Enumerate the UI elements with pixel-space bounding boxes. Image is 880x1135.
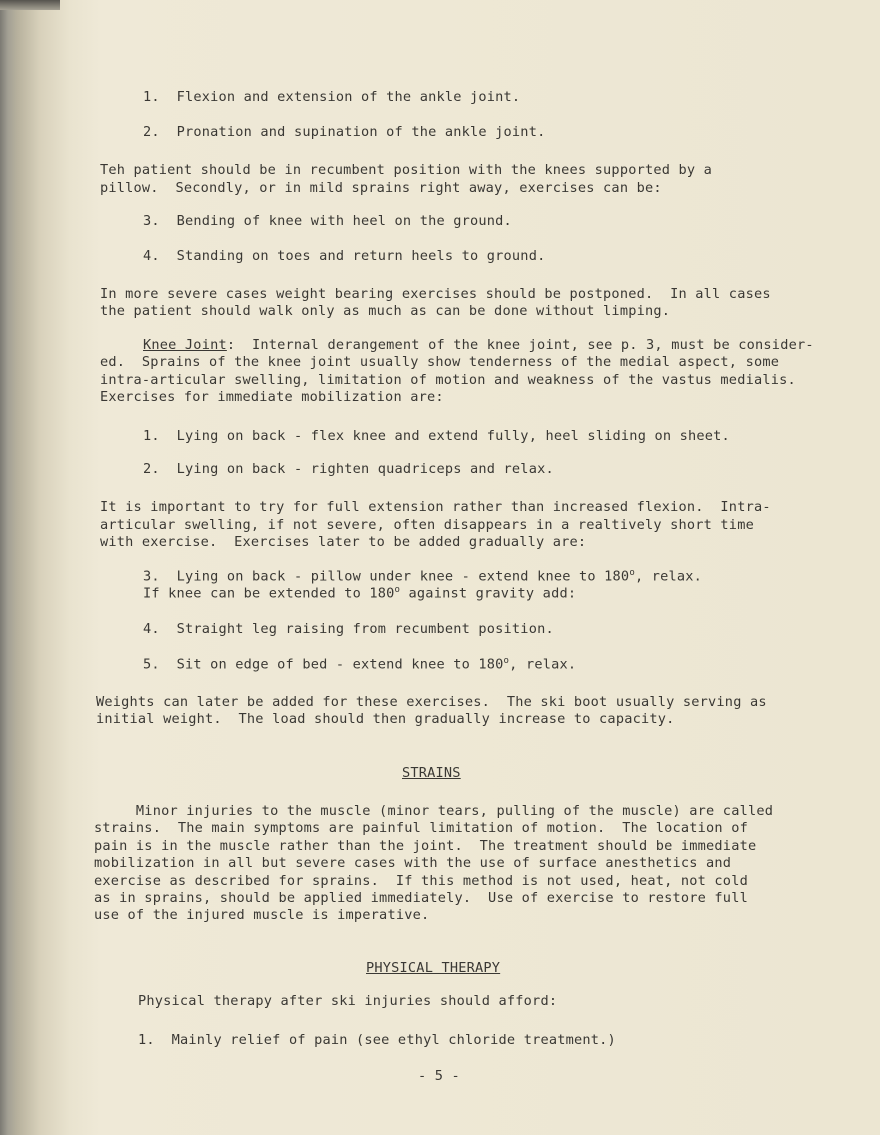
knee-joint-paragraph: Knee Joint: Internal derangement of the …	[143, 337, 814, 353]
list-item: 1. Lying on back - flex knee and extend …	[143, 428, 730, 444]
paragraph-line: exercise as described for sprains. If th…	[94, 873, 748, 889]
paragraph-line: initial weight. The load should then gra…	[96, 711, 675, 727]
paragraph-line: ed. Sprains of the knee joint usually sh…	[100, 354, 779, 370]
paragraph-line: pain is in the muscle rather than the jo…	[94, 838, 756, 854]
paragraph-line: Weights can later be added for these exe…	[96, 694, 767, 710]
list-item: 1. Flexion and extension of the ankle jo…	[143, 89, 520, 105]
paragraph-line: In more severe cases weight bearing exer…	[100, 286, 771, 302]
list-item: 1. Mainly relief of pain (see ethyl chlo…	[138, 1032, 616, 1048]
strains-heading: STRAINS	[402, 765, 461, 781]
list-item-continuation: If knee can be extended to 180o against …	[143, 585, 576, 602]
list-item: 4. Standing on toes and return heels to …	[143, 248, 545, 264]
paragraph-line: Teh patient should be in recumbent posit…	[100, 162, 712, 178]
list-item: 4. Straight leg raising from recumbent p…	[143, 621, 554, 637]
list-item: 3. Lying on back - pillow under knee - e…	[143, 568, 702, 585]
physical-therapy-heading: PHYSICAL THERAPY	[366, 960, 500, 976]
paragraph-line: strains. The main symptoms are painful l…	[94, 820, 748, 836]
list-item: 2. Lying on back - righten quadriceps an…	[143, 461, 554, 477]
document-page: 1. Flexion and extension of the ankle jo…	[0, 0, 880, 1135]
list-item: 5. Sit on edge of bed - extend knee to 1…	[143, 656, 576, 673]
paragraph-line: intra-articular swelling, limitation of …	[100, 372, 796, 388]
paragraph-line: mobilization in all but severe cases wit…	[94, 855, 731, 871]
paragraph-line: Physical therapy after ski injuries shou…	[138, 993, 557, 1009]
page-number: - 5 -	[418, 1068, 460, 1084]
paragraph-line: as in sprains, should be applied immedia…	[94, 890, 748, 906]
paragraph-line: Exercises for immediate mobilization are…	[100, 389, 444, 405]
paragraph-line: pillow. Secondly, or in mild sprains rig…	[100, 180, 662, 196]
paragraph-line: It is important to try for full extensio…	[100, 499, 771, 515]
paragraph-line: articular swelling, if not severe, often…	[100, 517, 754, 533]
paragraph-line: with exercise. Exercises later to be add…	[100, 534, 586, 550]
list-item: 2. Pronation and supination of the ankle…	[143, 124, 545, 140]
list-item: 3. Bending of knee with heel on the grou…	[143, 213, 512, 229]
binding-shadow	[0, 0, 60, 10]
paragraph-line: Minor injuries to the muscle (minor tear…	[94, 803, 773, 819]
paragraph-line: the patient should walk only as much as …	[100, 303, 670, 319]
paragraph-line: use of the injured muscle is imperative.	[94, 907, 429, 923]
knee-joint-heading: Knee Joint	[143, 337, 227, 353]
